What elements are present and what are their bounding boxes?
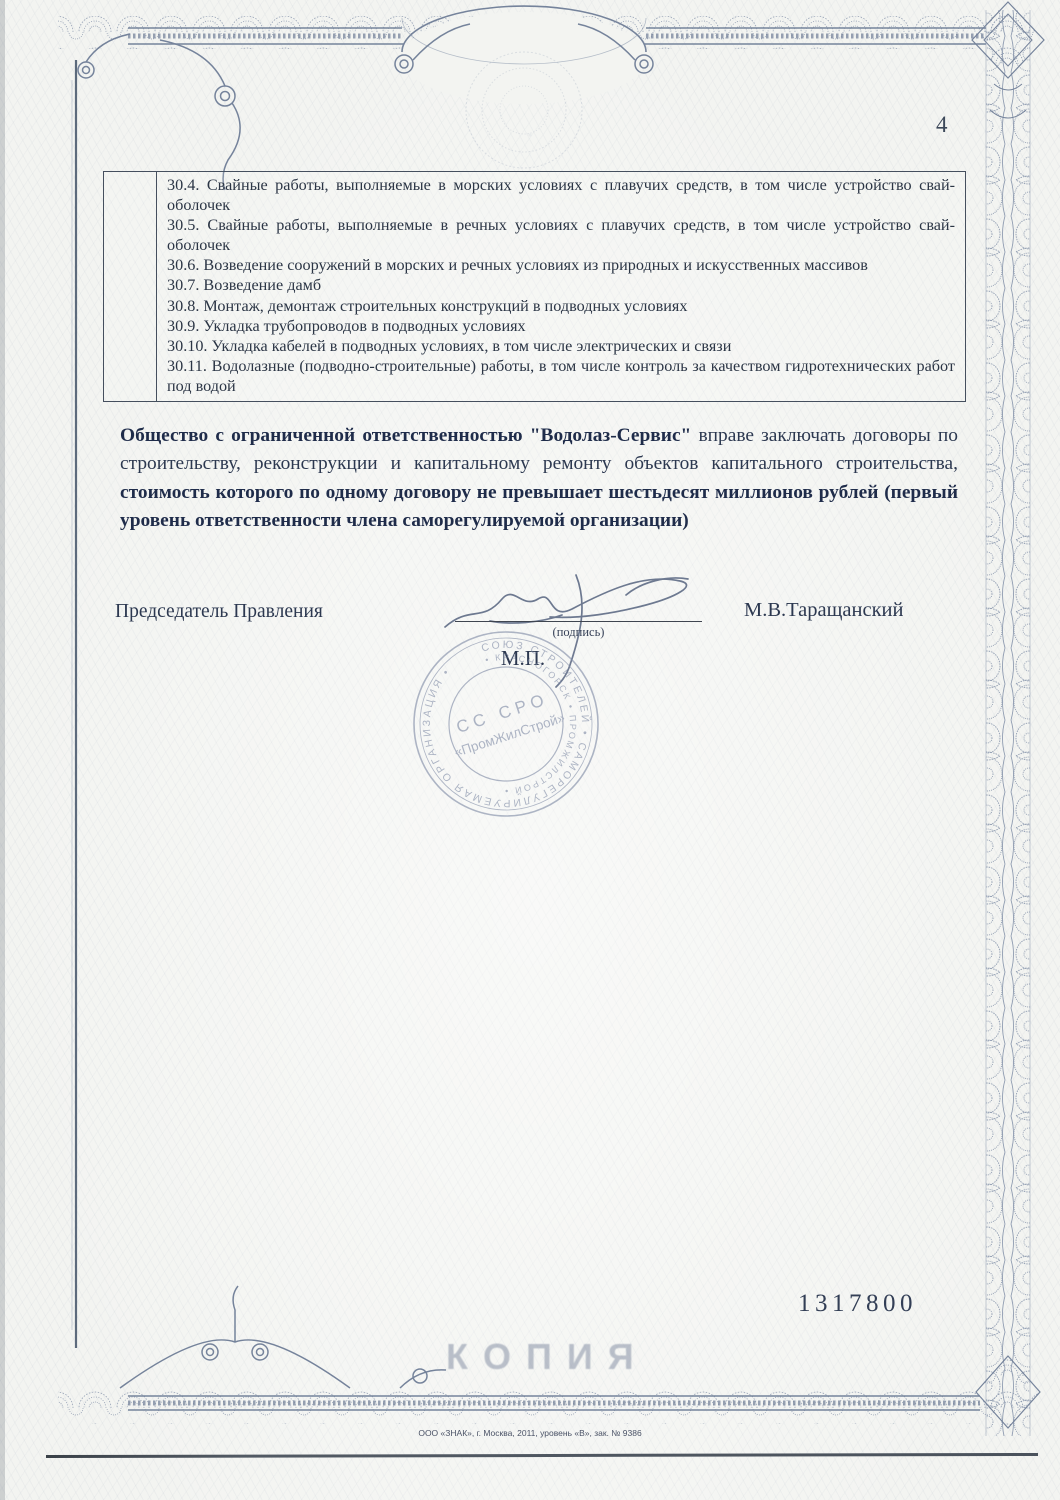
scanned-certificate-page: 4 30.4. Свайные работы, выполняемые в мо… (0, 0, 1060, 1500)
scan-artifact-edge (0, 0, 5, 1500)
seal-center-line2: «ПромЖилСтрой» (452, 710, 566, 760)
table-row: 30.6. Возведение сооружений в морских и … (167, 255, 955, 275)
table-row: 30.5. Свайные работы, выполняемые в речн… (167, 215, 955, 255)
signer-name: М.В.Таращанский (744, 599, 903, 622)
works-table-empty-column (104, 172, 157, 401)
copy-watermark: КОПИЯ (446, 1336, 649, 1378)
table-row: 30.9. Укладка трубопроводов в подводных … (167, 316, 955, 336)
works-table: 30.4. Свайные работы, выполняемые в морс… (103, 171, 966, 402)
printer-imprint-footer: ООО «ЗНАК», г. Москва, 2011, уровень «В»… (0, 1428, 1060, 1438)
works-table-text-column: 30.4. Свайные работы, выполняемые в морс… (157, 172, 965, 401)
contract-scope-paragraph: Общество с ограниченной ответственностью… (120, 422, 958, 535)
signature-line (455, 621, 702, 622)
stamp-place-label: М.П. (468, 646, 578, 671)
contract-limit-bold: стоимость которого по одному договору не… (120, 482, 958, 531)
table-row: 30.7. Возведение дамб (167, 275, 955, 295)
company-name-bold: Общество с ограниченной ответственностью… (120, 425, 691, 446)
form-serial-number: 1317800 (798, 1290, 917, 1318)
seal-center-line1: СС СРО (454, 689, 551, 737)
table-row: 30.8. Монтаж, демонтаж строительных конс… (167, 296, 955, 316)
table-row: 30.10. Укладка кабелей в подводных услов… (167, 336, 955, 356)
table-row: 30.11. Водолазные (подводно-строительные… (167, 356, 955, 396)
page-number: 4 (936, 112, 948, 138)
signature-caption: (подпись) (455, 625, 702, 640)
scan-artifact-line (46, 1453, 1038, 1458)
signer-role-label: Председатель Правления (115, 601, 323, 623)
table-row: 30.4. Свайные работы, выполняемые в морс… (167, 175, 955, 215)
